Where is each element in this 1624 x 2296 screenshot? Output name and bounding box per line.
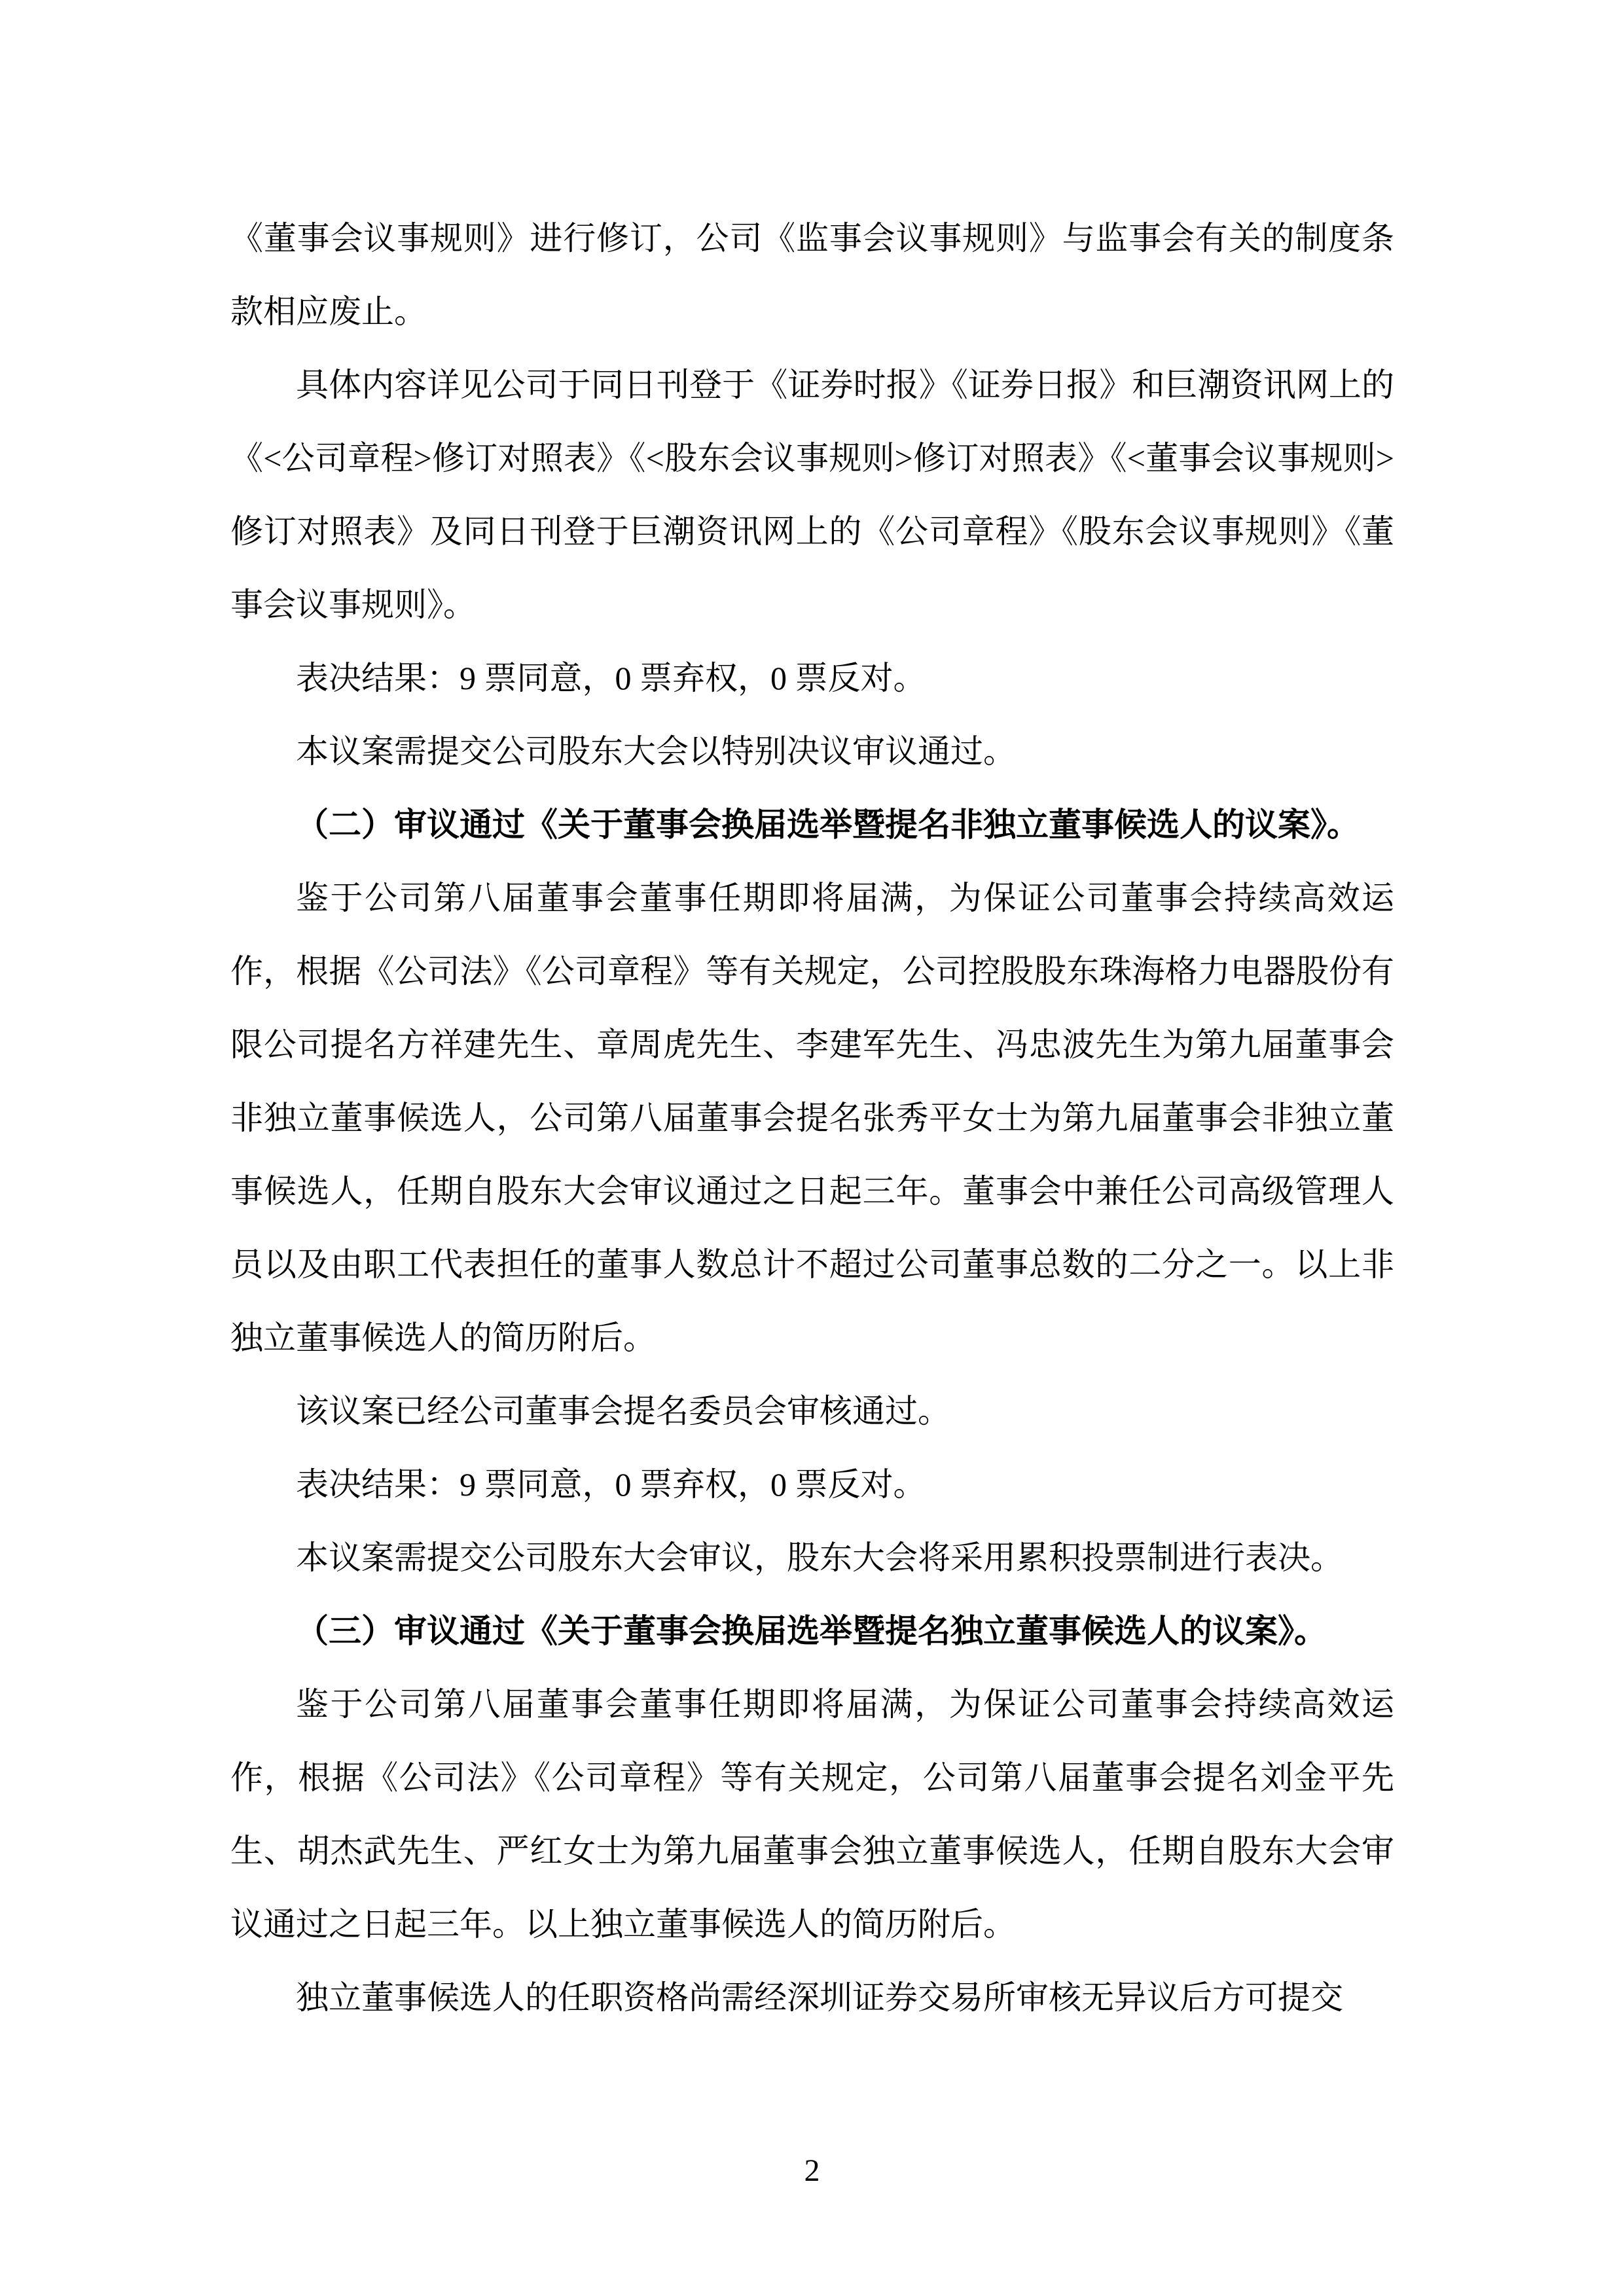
- paragraph-rules-revision-continuation: 《董事会议事规则》进行修订，公司《监事会议事规则》与监事会有关的制度条款相应废止…: [230, 202, 1394, 348]
- paragraph-independent-director-nominees: 鉴于公司第八届董事会董事任期即将届满，为保证公司董事会持续高效运作，根据《公司法…: [230, 1668, 1394, 1961]
- paragraph-submit-special-resolution: 本议案需提交公司股东大会以特别决议审议通过。: [230, 715, 1394, 788]
- paragraph-non-independent-director-nominees: 鉴于公司第八届董事会董事任期即将届满，为保证公司董事会持续高效运作，根据《公司法…: [230, 861, 1394, 1374]
- section-heading-item3-independent-directors: （三）审议通过《关于董事会换届选举暨提名独立董事候选人的议案》。: [230, 1594, 1394, 1668]
- paragraph-submit-cumulative-voting: 本议案需提交公司股东大会审议，股东大会将采用累积投票制进行表决。: [230, 1521, 1394, 1594]
- paragraph-vote-result-item2: 表决结果：9 票同意，0 票弃权，0 票反对。: [230, 1448, 1394, 1521]
- paragraph-nomination-committee-approval: 该议案已经公司董事会提名委员会审核通过。: [230, 1374, 1394, 1448]
- document-page: 《董事会议事规则》进行修订，公司《监事会议事规则》与监事会有关的制度条款相应废止…: [0, 0, 1624, 2296]
- paragraph-szse-qualification-review: 独立董事候选人的任职资格尚需经深圳证券交易所审核无异议后方可提交: [230, 1961, 1394, 2034]
- document-body: 《董事会议事规则》进行修订，公司《监事会议事规则》与监事会有关的制度条款相应废止…: [230, 202, 1394, 2034]
- page-number: 2: [0, 2152, 1624, 2190]
- section-heading-item2-non-independent-directors: （二）审议通过《关于董事会换届选举暨提名非独立董事候选人的议案》。: [230, 788, 1394, 861]
- paragraph-publication-details: 具体内容详见公司于同日刊登于《证券时报》《证券日报》和巨潮资讯网上的《<公司章程…: [230, 348, 1394, 641]
- paragraph-vote-result-item1: 表决结果：9 票同意，0 票弃权，0 票反对。: [230, 641, 1394, 715]
